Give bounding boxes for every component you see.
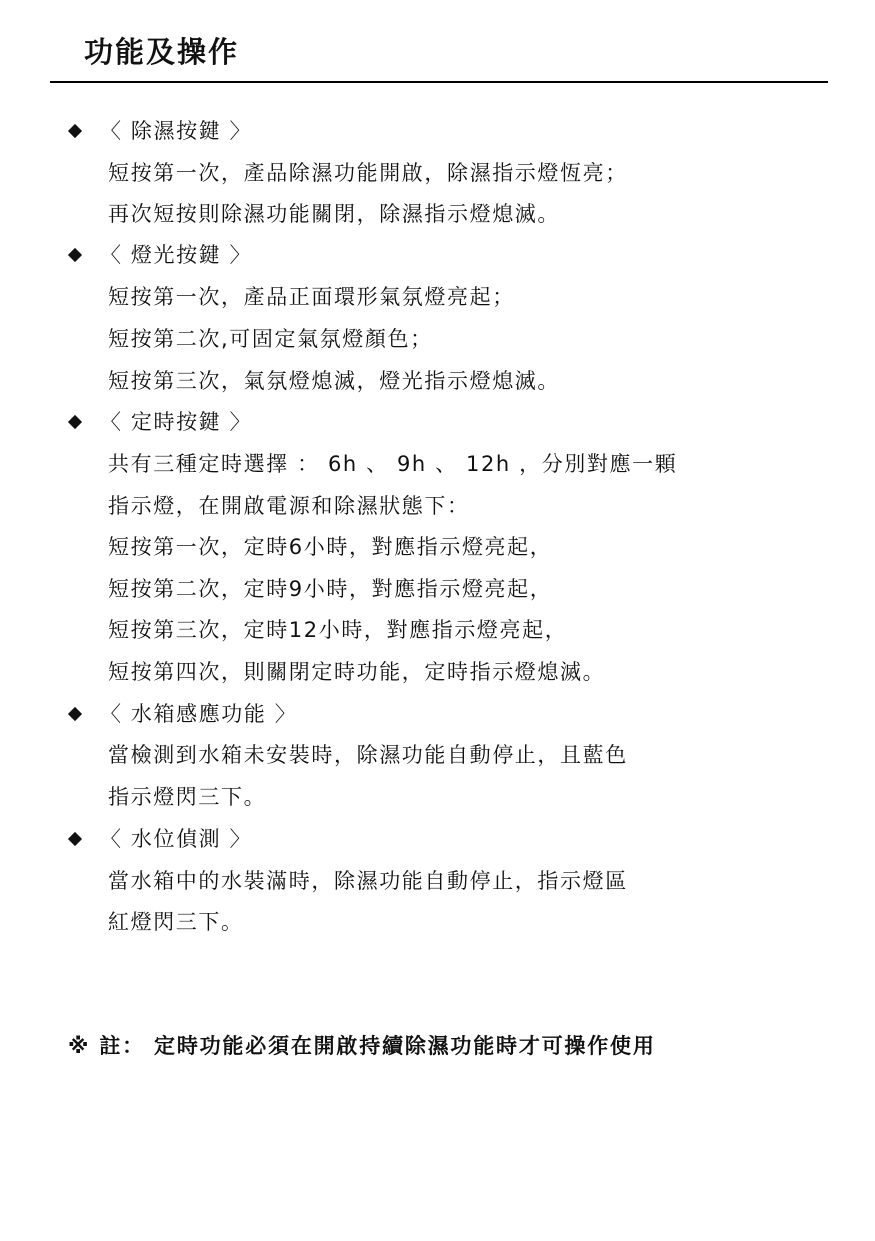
section-text: 短按第一次，定時6小時，對應指示燈亮起， (108, 532, 552, 562)
section-heading-light-button: 〈 燈光按鍵 〉 (100, 240, 252, 270)
diamond-bullet-icon (68, 124, 82, 138)
section-text: 再次短按則除濕功能關閉，除濕指示燈熄滅。 (108, 199, 560, 229)
section-text: 短按第三次，氣氛燈熄滅，燈光指示燈熄滅。 (108, 366, 560, 396)
section-text: 指示燈閃三下。 (108, 782, 266, 812)
title-divider (50, 81, 828, 83)
section-text: 紅燈閃三下。 (108, 907, 244, 937)
diamond-bullet-icon (68, 248, 82, 262)
section-text: 短按第二次,可固定氣氛燈顏色； (108, 324, 433, 354)
section-heading-water-level: 〈 水位偵測 〉 (100, 824, 252, 854)
section-text: 指示燈，在開啟電源和除濕狀態下： (108, 491, 470, 521)
section-text: 當水箱中的水裝滿時，除濕功能自動停止，指示燈區 (108, 866, 628, 896)
section-heading-timer-button: 〈 定時按鍵 〉 (100, 407, 252, 437)
diamond-bullet-icon (68, 832, 82, 846)
diamond-bullet-icon (68, 415, 82, 429)
section-text: 短按第一次，產品正面環形氣氛燈亮起； (108, 282, 515, 312)
section-text: 短按第一次，產品除濕功能開啟，除濕指示燈恆亮； (108, 158, 628, 188)
section-text: 共有三種定時選擇 ： 6h 、 9h 、 12h ，分別對應一顆 (108, 449, 677, 479)
section-text: 短按第四次，則關閉定時功能，定時指示燈熄滅。 (108, 657, 605, 687)
section-text: 當檢測到水箱未安裝時，除濕功能自動停止，且藍色 (108, 740, 628, 770)
page-title: 功能及操作 (84, 32, 239, 72)
section-heading-tank-sensor: 〈 水箱感應功能 〉 (100, 699, 297, 729)
section-text: 短按第二次，定時9小時，對應指示燈亮起， (108, 574, 552, 604)
section-text: 短按第三次，定時12小時，對應指示燈亮起， (108, 615, 567, 645)
diamond-bullet-icon (68, 707, 82, 721)
footnote: ※ 註： 定時功能必須在開啟持續除濕功能時才可操作使用 (68, 1031, 656, 1061)
section-heading-dehumidify-button: 〈 除濕按鍵 〉 (100, 116, 252, 146)
